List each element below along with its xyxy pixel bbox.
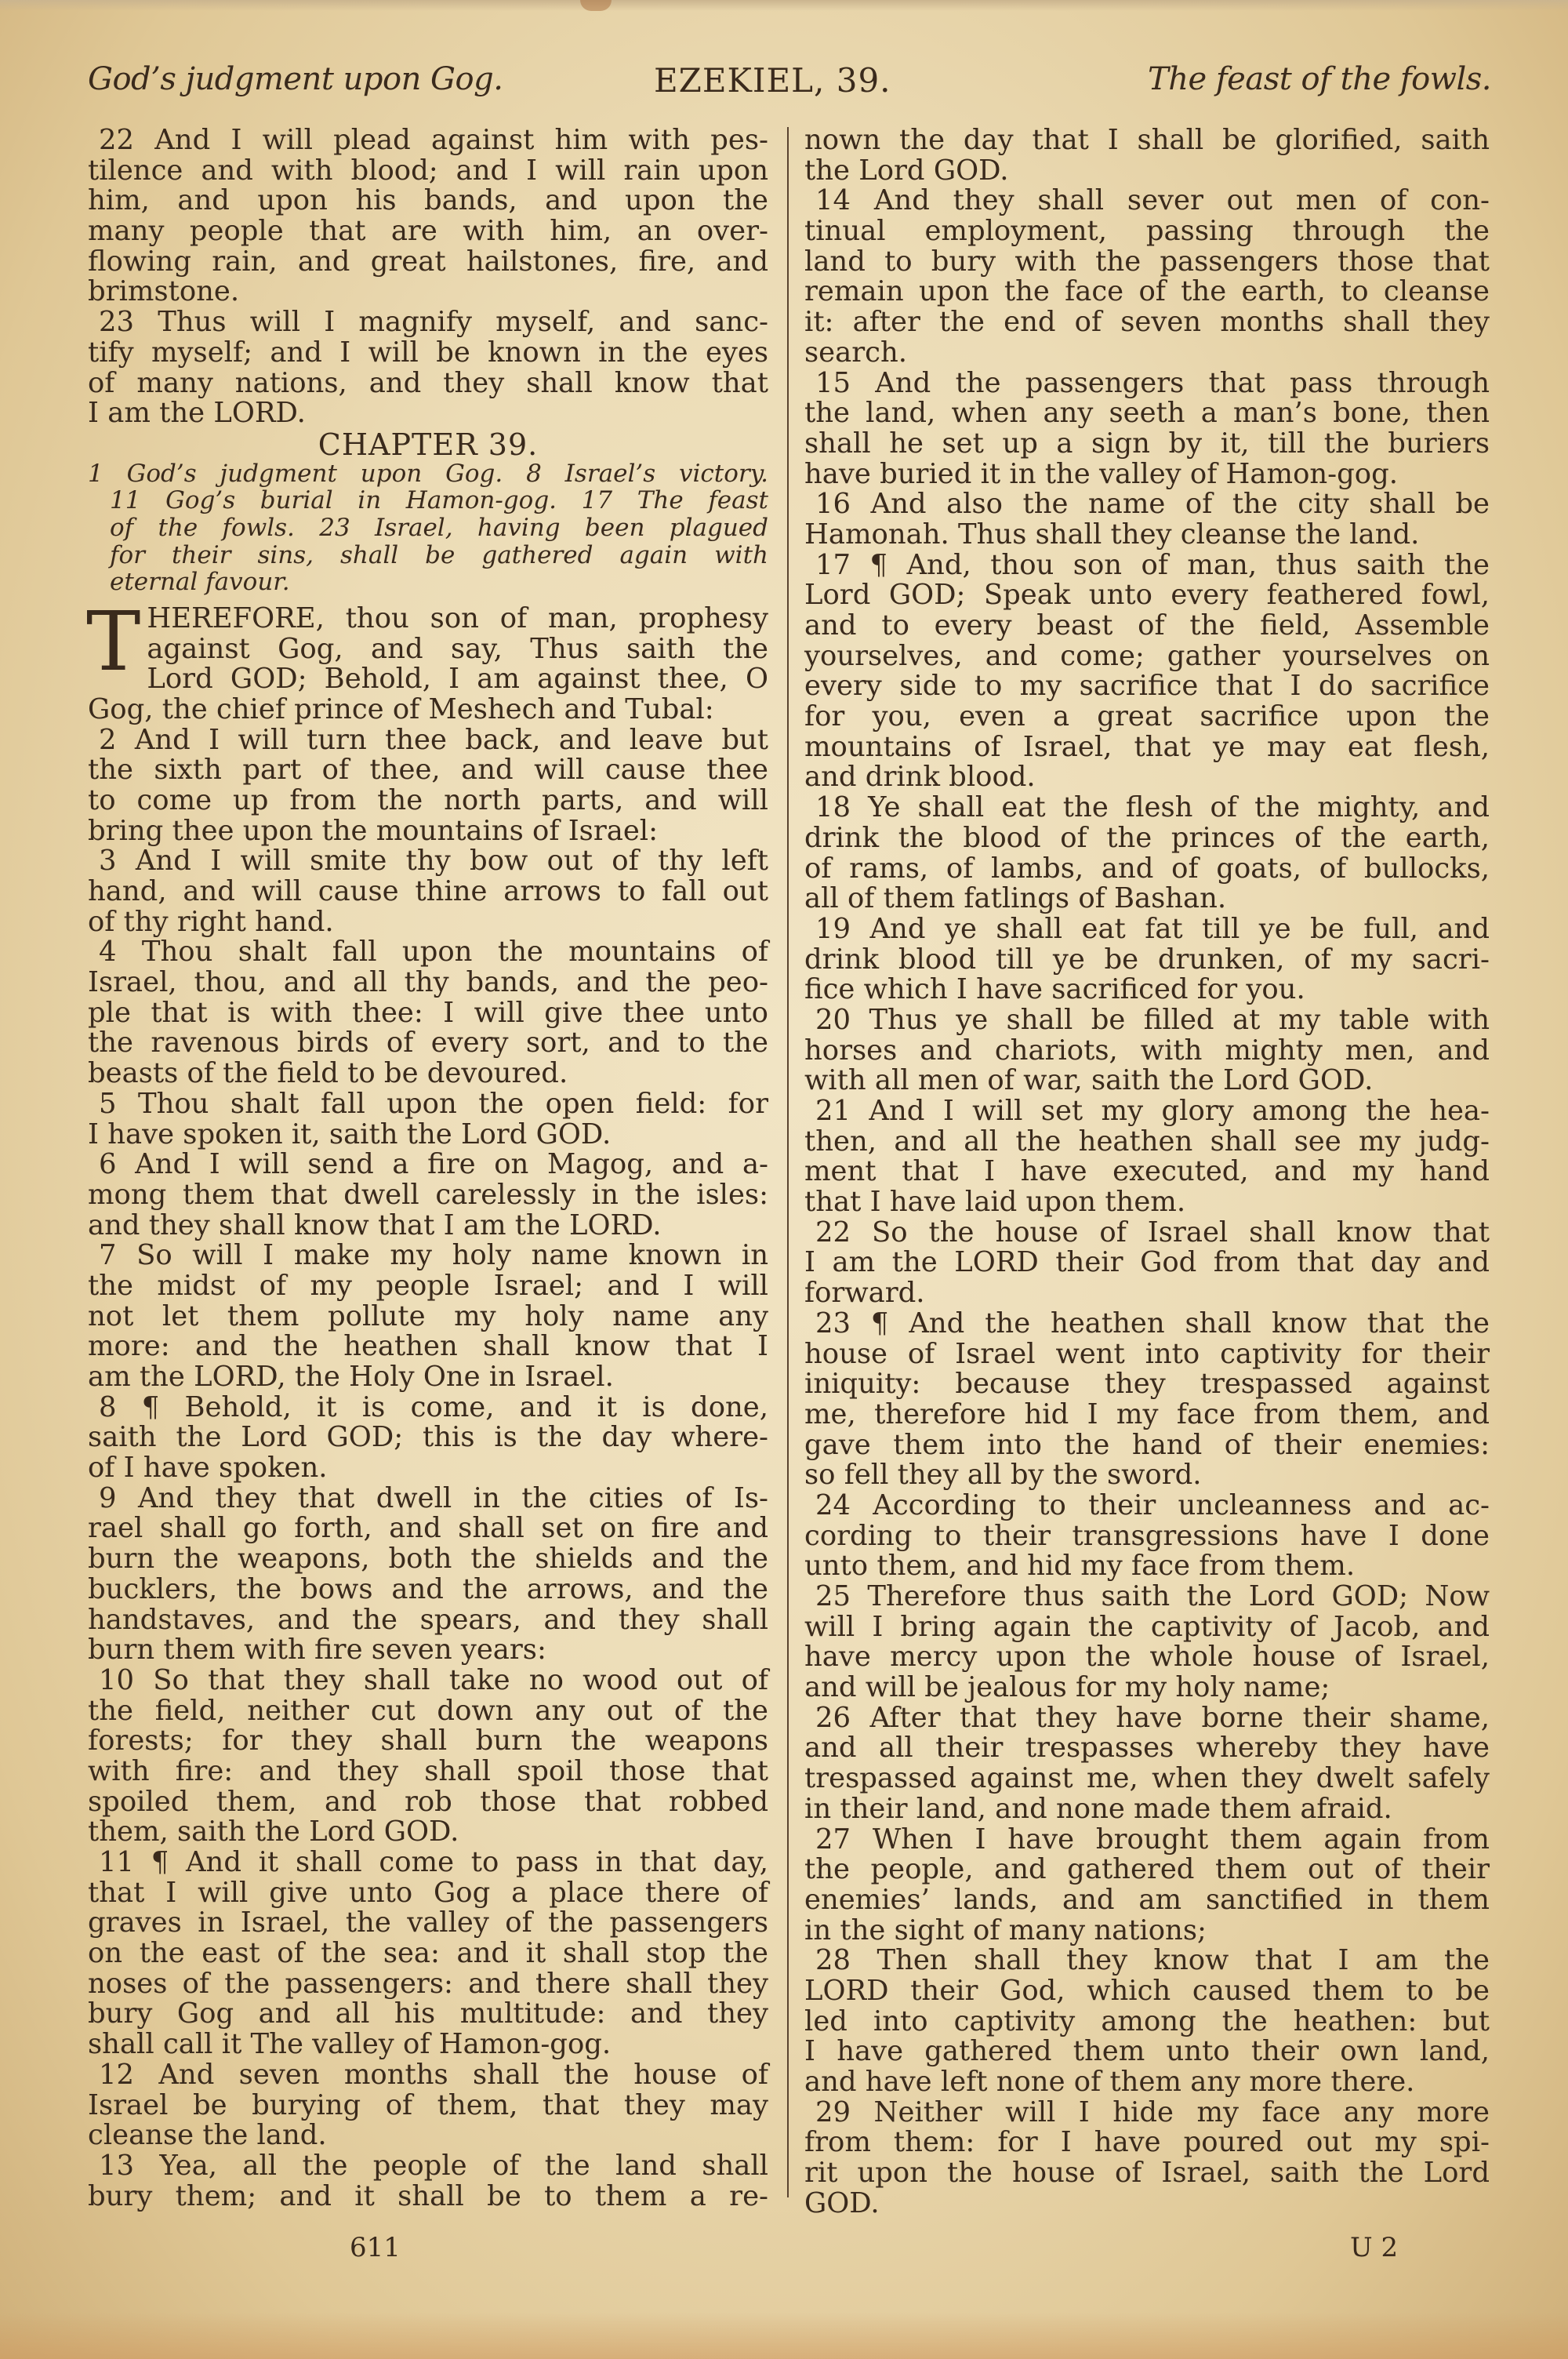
verse-1: THEREFORE, thou son of man, prophesyagai… xyxy=(88,604,768,725)
text-line: iniquity: because they trespassed agains… xyxy=(804,1369,1490,1400)
text-line: drink the blood of the princes of the ea… xyxy=(804,823,1490,854)
text-line: of the fowls. 23 Israel, having been pla… xyxy=(88,514,768,542)
text-line: land to bury with the passengers those t… xyxy=(804,247,1490,278)
text-line: 22 And I will plead against him with pes… xyxy=(88,125,768,156)
text-line: cording to their transgressions have I d… xyxy=(804,1521,1490,1552)
text-line: unto them, and hid my face from them. xyxy=(804,1551,1490,1582)
text-line: me, therefore hid I my face from them, a… xyxy=(804,1400,1490,1430)
text-line: 27 When I have brought them again from xyxy=(804,1825,1490,1856)
text-line: that I will give unto Gog a place there … xyxy=(88,1878,768,1909)
verse-7: 7 So will I make my holy name known inth… xyxy=(88,1241,768,1392)
text-line: horses and chariots, with mighty men, an… xyxy=(804,1036,1490,1067)
verse-11: 11 ¶ And it shall come to pass in that d… xyxy=(88,1848,768,2060)
text-line: of rams, of lambs, and of goats, of bull… xyxy=(804,854,1490,885)
text-line: and they shall know that I am the LORD. xyxy=(88,1211,768,1241)
text-line: enemies’ lands, and am sanctified in the… xyxy=(804,1885,1490,1916)
text-line: have buried it in the valley of Hamon-go… xyxy=(804,460,1490,490)
text-line: mountains of Israel, that ye may eat fle… xyxy=(804,732,1490,763)
text-line: it: after the end of seven months shall … xyxy=(804,307,1490,338)
text-line: 11 Gog’s burial in Hamon-gog. 17 The fea… xyxy=(88,487,768,514)
text-line: 12 And seven months shall the house of xyxy=(88,2060,768,2091)
text-line: Israel be burying of them, that they may xyxy=(88,2091,768,2121)
verse-10: 10 So that they shall take no wood out o… xyxy=(88,1666,768,1848)
text-line: Lord GOD; Behold, I am against thee, O xyxy=(88,664,768,695)
verse-8: 8 ¶ Behold, it is come, and it is done,s… xyxy=(88,1393,768,1484)
text-line: for their sins, shall be gathered again … xyxy=(88,542,768,569)
text-line: handstaves, and the spears, and they sha… xyxy=(88,1605,768,1636)
verse-23: 23 Thus will I magnify myself, and sanc-… xyxy=(88,307,768,429)
text-line: rael shall go forth, and shall set on fi… xyxy=(88,1514,768,1544)
text-line: all of them fatlings of Bashan. xyxy=(804,884,1490,914)
verse-25: 25 Therefore thus saith the Lord GOD; No… xyxy=(804,1582,1490,1703)
text-line: and have left none of them any more ther… xyxy=(804,2067,1490,2098)
verse-18: 18 Ye shall eat the flesh of the mighty,… xyxy=(804,793,1490,914)
verse-19: 19 And ye shall eat fat till ye be full,… xyxy=(804,914,1490,1005)
verse-14: 14 And they shall sever out men of con-t… xyxy=(804,186,1490,368)
text-line: Israel, thou, and all thy bands, and the… xyxy=(88,968,768,998)
text-line: 18 Ye shall eat the flesh of the mighty,… xyxy=(804,793,1490,823)
text-line: eternal favour. xyxy=(88,569,768,596)
text-line: bury them; and it shall be to them a re- xyxy=(88,2182,768,2212)
text-line: the sixth part of thee, and will cause t… xyxy=(88,755,768,786)
text-line: GOD. xyxy=(804,2189,1490,2219)
text-line: bucklers, the bows and the arrows, and t… xyxy=(88,1575,768,1605)
bible-page: God’s judgment upon Gog. EZEKIEL, 39. Th… xyxy=(0,0,1568,2359)
text-line: every side to my sacrifice that I do sac… xyxy=(804,671,1490,702)
text-line: 3 And I will smite thy bow out of thy le… xyxy=(88,846,768,877)
verse-3: 3 And I will smite thy bow out of thy le… xyxy=(88,846,768,937)
text-line: 8 ¶ Behold, it is come, and it is done, xyxy=(88,1393,768,1423)
verse-22: 22 So the house of Israel shall know tha… xyxy=(804,1218,1490,1309)
text-line: forward. xyxy=(804,1278,1490,1309)
text-line: I have spoken it, saith the Lord GOD. xyxy=(88,1120,768,1150)
verse-15: 15 And the passengers that pass throught… xyxy=(804,369,1490,490)
text-line: graves in Israel, the valley of the pass… xyxy=(88,1908,768,1939)
text-line: spoiled them, and rob those that robbed xyxy=(88,1787,768,1818)
text-line: 16 And also the name of the city shall b… xyxy=(804,489,1490,520)
text-line: Hamonah. Thus shall they cleanse the lan… xyxy=(804,520,1490,551)
left-column: 22 And I will plead against him with pes… xyxy=(88,125,768,2212)
text-line: 1 God’s judgment upon Gog. 8 Israel’s vi… xyxy=(88,460,768,488)
verse-20: 20 Thus ye shall be filled at my table w… xyxy=(804,1005,1490,1096)
text-line: and drink blood. xyxy=(804,762,1490,793)
verse-9: 9 And they that dwell in the cities of I… xyxy=(88,1484,768,1666)
text-line: yourselves, and come; gather yourselves … xyxy=(804,642,1490,672)
verse-28: 28 Then shall they know that I am theLOR… xyxy=(804,1946,1490,2097)
running-header: God’s judgment upon Gog. EZEKIEL, 39. Th… xyxy=(88,61,1491,108)
text-line: burn the weapons, both the shields and t… xyxy=(88,1544,768,1575)
verse-24: 24 According to their uncleanness and ac… xyxy=(804,1491,1490,1582)
right-column: nown the day that I shall be glorified, … xyxy=(804,125,1490,2219)
page-stain xyxy=(580,0,612,11)
text-line: ple that is with thee: I will give thee … xyxy=(88,998,768,1029)
text-line: trespassed against me, when they dwelt s… xyxy=(804,1764,1490,1794)
text-line: 7 So will I make my holy name known in xyxy=(88,1241,768,1271)
header-left-topic: God’s judgment upon Gog. xyxy=(88,61,503,97)
text-line: brimstone. xyxy=(88,277,768,307)
text-line: 26 After that they have borne their sham… xyxy=(804,1703,1490,1734)
text-line: tinual employment, passing through the xyxy=(804,216,1490,247)
text-line: shall call it The valley of Hamon-gog. xyxy=(88,2030,768,2060)
text-line: to come up from the north parts, and wil… xyxy=(88,786,768,816)
text-line: with fire: and they shall spoil those th… xyxy=(88,1757,768,1787)
text-line: house of Israel went into captivity for … xyxy=(804,1339,1490,1370)
text-line: on the east of the sea: and it shall sto… xyxy=(88,1939,768,1969)
text-line: the midst of my people Israel; and I wil… xyxy=(88,1271,768,1302)
text-line: burn them with fire seven years: xyxy=(88,1635,768,1666)
text-line: I am the LORD. xyxy=(88,398,768,429)
text-line: search. xyxy=(804,338,1490,369)
verse-23: 23 ¶ And the heathen shall know that the… xyxy=(804,1309,1490,1491)
column-divider xyxy=(787,127,789,2197)
text-line: and to every beast of the field, Assembl… xyxy=(804,611,1490,642)
text-line: not let them pollute my holy name any xyxy=(88,1302,768,1332)
header-book-chapter: EZEKIEL, 39. xyxy=(654,61,891,100)
text-line: cleanse the land. xyxy=(88,2121,768,2151)
text-line: HEREFORE, thou son of man, prophesy xyxy=(88,604,768,634)
text-line: ment that I have executed, and my hand xyxy=(804,1157,1490,1187)
drop-cap: T xyxy=(86,609,140,670)
text-line: hand, and will cause thine arrows to fal… xyxy=(88,877,768,907)
text-line: mong them that dwell carelessly in the i… xyxy=(88,1180,768,1211)
text-line: fice which I have sacrificed for you. xyxy=(804,975,1490,1005)
text-line: remain upon the face of the earth, to cl… xyxy=(804,277,1490,307)
text-line: rit upon the house of Israel, saith the … xyxy=(804,2158,1490,2189)
verse-4: 4 Thou shalt fall upon the mountains ofI… xyxy=(88,937,768,1089)
text-line: in the sight of many nations; xyxy=(804,1916,1490,1946)
verse-summary: 1 God’s judgment upon Gog. 8 Israel’s vi… xyxy=(88,460,768,596)
text-line: tilence and with blood; and I will rain … xyxy=(88,156,768,187)
text-line: am the LORD, the Holy One in Israel. xyxy=(88,1362,768,1393)
text-line: noses of the passengers: and there shall… xyxy=(88,1969,768,2000)
text-line: and will be jealous for my holy name; xyxy=(804,1673,1490,1703)
text-line: with all men of war, saith the Lord GOD. xyxy=(804,1066,1490,1096)
text-line: 28 Then shall they know that I am the xyxy=(804,1946,1490,1976)
text-line: 2 And I will turn thee back, and leave b… xyxy=(88,725,768,756)
page-number: 611 xyxy=(350,2232,401,2263)
text-line: shall he set up a sign by it, till the b… xyxy=(804,429,1490,460)
text-line: in their land, and none made them afraid… xyxy=(804,1794,1490,1825)
text-line: the ravenous birds of every sort, and to… xyxy=(88,1028,768,1059)
verse-13-continued: nown the day that I shall be glorified, … xyxy=(804,125,1490,186)
text-line: tify myself; and I will be known in the … xyxy=(88,338,768,369)
verse-12: 12 And seven months shall the house ofIs… xyxy=(88,2060,768,2151)
text-line: bring thee upon the mountains of Israel: xyxy=(88,816,768,847)
text-line: drink blood till ye be drunken, of my sa… xyxy=(804,945,1490,976)
chapter-title: CHAPTER 39. xyxy=(88,429,768,460)
text-line: of many nations, and they shall know tha… xyxy=(88,369,768,399)
text-line: 10 So that they shall take no wood out o… xyxy=(88,1666,768,1696)
text-line: flowing rain, and great hailstones, fire… xyxy=(88,247,768,278)
text-line: the field, neither cut down any out of t… xyxy=(88,1696,768,1727)
verse-26: 26 After that they have borne their sham… xyxy=(804,1703,1490,1825)
text-line: will I bring again the captivity of Jaco… xyxy=(804,1612,1490,1643)
text-line: from them: for I have poured out my spi- xyxy=(804,2128,1490,2158)
signature-mark: U 2 xyxy=(1350,2232,1398,2263)
verse-13: 13 Yea, all the people of the land shall… xyxy=(88,2151,768,2212)
text-line: then, and all the heathen shall see my j… xyxy=(804,1127,1490,1158)
text-line: 25 Therefore thus saith the Lord GOD; No… xyxy=(804,1582,1490,1612)
text-line: of I have spoken. xyxy=(88,1453,768,1484)
text-line: them, saith the Lord GOD. xyxy=(88,1817,768,1848)
verse-17: 17 ¶ And, thou son of man, thus saith th… xyxy=(804,551,1490,794)
text-line: LORD their God, which caused them to be xyxy=(804,1976,1490,2007)
text-line: beasts of the field to be devoured. xyxy=(88,1059,768,1089)
text-line: 24 According to their uncleanness and ac… xyxy=(804,1491,1490,1521)
verse-22: 22 And I will plead against him with pes… xyxy=(88,125,768,307)
text-line: 13 Yea, all the people of the land shall xyxy=(88,2151,768,2182)
verse-5: 5 Thou shalt fall upon the open field: f… xyxy=(88,1089,768,1150)
text-line: the Lord GOD. xyxy=(804,156,1490,187)
text-line: more: and the heathen shall know that I xyxy=(88,1332,768,1362)
text-line: and all their trespasses whereby they ha… xyxy=(804,1733,1490,1764)
text-line: forests; for they shall burn the weapons xyxy=(88,1726,768,1757)
text-line: him, and upon his bands, and upon the xyxy=(88,186,768,216)
text-line: 11 ¶ And it shall come to pass in that d… xyxy=(88,1848,768,1878)
text-line: 5 Thou shalt fall upon the open field: f… xyxy=(88,1089,768,1120)
header-right-topic: The feast of the fowls. xyxy=(1148,61,1491,97)
text-line: Lord GOD; Speak unto every feathered fow… xyxy=(804,580,1490,611)
text-line: saith the Lord GOD; this is the day wher… xyxy=(88,1423,768,1453)
text-line: 9 And they that dwell in the cities of I… xyxy=(88,1484,768,1514)
text-line: of thy right hand. xyxy=(88,907,768,938)
text-line: 20 Thus ye shall be filled at my table w… xyxy=(804,1005,1490,1036)
text-line: 23 Thus will I magnify myself, and sanc- xyxy=(88,307,768,338)
verse-2: 2 And I will turn thee back, and leave b… xyxy=(88,725,768,847)
verse-6: 6 And I will send a fire on Magog, and a… xyxy=(88,1150,768,1241)
text-line: 21 And I will set my glory among the hea… xyxy=(804,1096,1490,1127)
text-line: 6 And I will send a fire on Magog, and a… xyxy=(88,1150,768,1180)
verse-16: 16 And also the name of the city shall b… xyxy=(804,489,1490,550)
text-line: 15 And the passengers that pass through xyxy=(804,369,1490,399)
text-line: many people that are with him, an over- xyxy=(88,216,768,247)
text-line: the people, and gathered them out of the… xyxy=(804,1855,1490,1885)
text-line: 14 And they shall sever out men of con- xyxy=(804,186,1490,216)
text-line: against Gog, and say, Thus saith the xyxy=(88,634,768,665)
text-line: for you, even a great sacrifice upon the xyxy=(804,702,1490,732)
text-line: bury Gog and all his multitude: and they xyxy=(88,1999,768,2030)
text-line: 19 And ye shall eat fat till ye be full,… xyxy=(804,914,1490,945)
text-line: Gog, the chief prince of Meshech and Tub… xyxy=(88,695,768,725)
verse-29: 29 Neither will I hide my face any moref… xyxy=(804,2098,1490,2219)
verse-27: 27 When I have brought them again fromth… xyxy=(804,1825,1490,1946)
text-line: I am the LORD their God from that day an… xyxy=(804,1248,1490,1278)
verse-21: 21 And I will set my glory among the hea… xyxy=(804,1096,1490,1218)
text-line: have mercy upon the whole house of Israe… xyxy=(804,1642,1490,1673)
text-line: 29 Neither will I hide my face any more xyxy=(804,2098,1490,2128)
text-line: led into captivity among the heathen: bu… xyxy=(804,2007,1490,2037)
text-line: I have gathered them unto their own land… xyxy=(804,2037,1490,2067)
text-line: 4 Thou shalt fall upon the mountains of xyxy=(88,937,768,968)
text-line: so fell they all by the sword. xyxy=(804,1460,1490,1491)
text-line: 22 So the house of Israel shall know tha… xyxy=(804,1218,1490,1249)
text-line: that I have laid upon them. xyxy=(804,1187,1490,1218)
text-line: gave them into the hand of their enemies… xyxy=(804,1430,1490,1461)
text-line: 17 ¶ And, thou son of man, thus saith th… xyxy=(804,551,1490,581)
text-line: nown the day that I shall be glorified, … xyxy=(804,125,1490,156)
text-line: 23 ¶ And the heathen shall know that the xyxy=(804,1309,1490,1339)
text-line: the land, when any seeth a man’s bone, t… xyxy=(804,398,1490,429)
